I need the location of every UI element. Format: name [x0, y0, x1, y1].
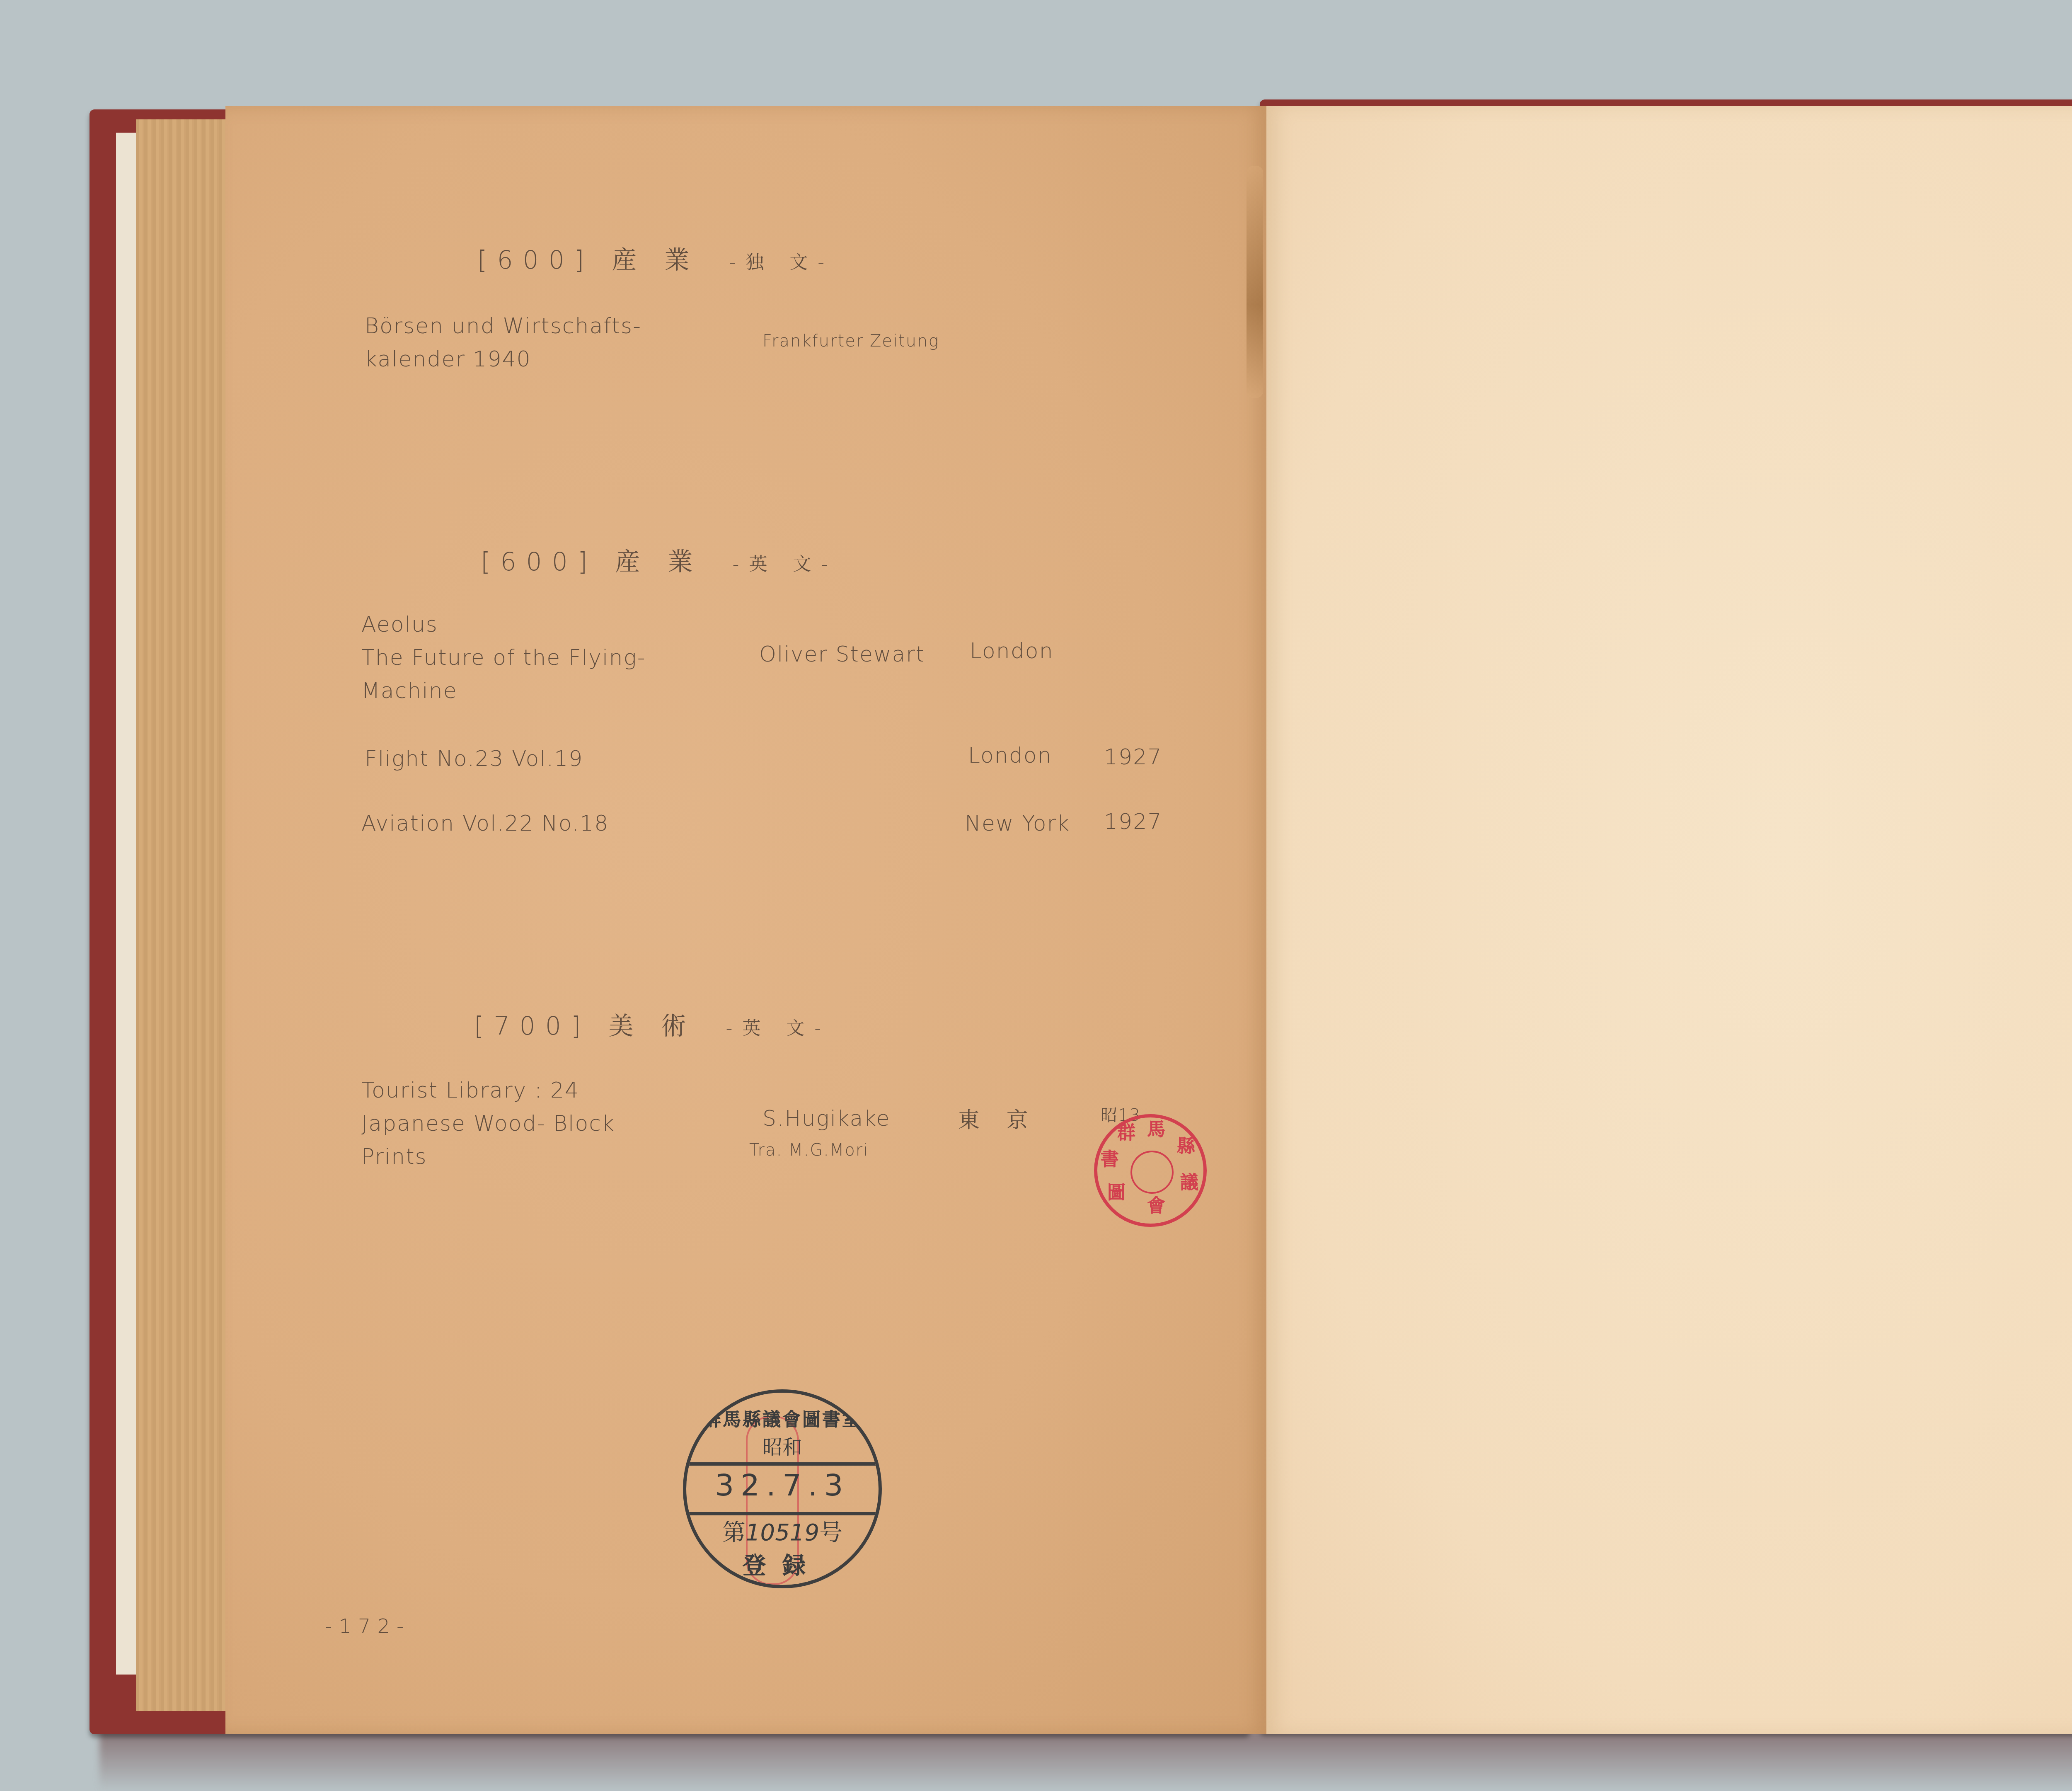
stamp-divider: [686, 1462, 879, 1465]
seal-glyph: 議: [1180, 1174, 1198, 1192]
red-library-seal: 群 馬 縣 議 會 圖 書: [1094, 1114, 1207, 1227]
stamp-institution: 群馬縣議會圖書室: [703, 1406, 862, 1432]
language-tag: -英 文-: [726, 1018, 831, 1040]
seal-center-ring: [1130, 1151, 1174, 1194]
stamp-date: 32.7.3: [686, 1469, 879, 1504]
stamp-era: 昭和: [686, 1432, 879, 1461]
language-tag: -英 文-: [733, 554, 838, 575]
entry-title: Flight No.23 Vol.19: [365, 744, 583, 778]
gutter-stain: [1247, 166, 1263, 398]
section-heading: [600] 産 業-英 文-: [481, 544, 838, 579]
catalog-entry-title: Börsen und Wirtschafts- kalender 1940: [365, 312, 641, 378]
entry-place: 東 京: [958, 1106, 1038, 1139]
page-stack-edge: [136, 119, 229, 1711]
seal-glyph: 書: [1101, 1151, 1119, 1169]
section-heading-text: [700] 美 術: [474, 1011, 696, 1041]
entry-place: New York: [965, 809, 1070, 842]
entry-year: 1927: [1104, 807, 1162, 841]
entry-author: S.Hugikake: [762, 1104, 891, 1137]
right-page-blank: [1266, 106, 2072, 1734]
language-tag: -独 文-: [729, 252, 835, 274]
reg-suffix: 号: [819, 1520, 842, 1547]
entry-title-line: Börsen und Wirtschafts-: [365, 312, 641, 345]
catalog-entry-title: Aeolus The Future of the Flying- Machine: [361, 610, 646, 710]
section-heading: [600] 産 業-独 文-: [477, 242, 834, 277]
section-heading-text: [600] 産 業: [481, 547, 703, 577]
entry-title-line: Aeolus: [361, 610, 646, 643]
section-heading: [700] 美 術-英 文-: [474, 1008, 831, 1043]
entry-title-line: The Future of the Flying-: [361, 643, 646, 676]
seal-glyph: 會: [1147, 1197, 1165, 1215]
entry-title-line: Prints: [361, 1142, 615, 1175]
entry-title-line: Japanese Wood- Block: [361, 1109, 615, 1142]
seal-glyph: 群: [1117, 1124, 1135, 1142]
entry-place: London: [968, 741, 1052, 774]
seal-glyph: 縣: [1177, 1137, 1195, 1156]
entry-title: Aviation Vol.22 No.18: [361, 809, 609, 842]
catalog-entry-title: Tourist Library : 24 Japanese Wood- Bloc…: [361, 1076, 615, 1175]
entry-title-line: kalender 1940: [365, 345, 641, 378]
book-photo: [600] 産 業-独 文- Börsen und Wirtschafts- k…: [0, 0, 2072, 1791]
entry-publisher: Frankfurter Zeitung: [762, 327, 939, 360]
entry-author: Oliver Stewart: [759, 640, 925, 673]
reg-number: 10519: [746, 1520, 819, 1547]
registration-stamp: 群馬縣議會圖書室 昭和 32.7.3 第10519号 登録: [683, 1389, 882, 1588]
entry-translator: Tra. M.G.Mori: [749, 1136, 869, 1169]
stamp-registration-number: 第10519号: [686, 1515, 879, 1549]
section-heading-text: [600] 産 業: [477, 245, 700, 275]
entry-place: London: [970, 637, 1054, 670]
stamp-label: 登録: [686, 1549, 879, 1582]
stamp-divider: [686, 1512, 879, 1515]
reg-prefix: 第: [722, 1520, 746, 1547]
entry-title-line: Tourist Library : 24: [361, 1076, 615, 1109]
seal-glyph: 馬: [1147, 1121, 1165, 1139]
entry-title-line: Machine: [361, 676, 646, 710]
entry-year: 1927: [1104, 743, 1162, 776]
seal-glyph: 圖: [1107, 1184, 1126, 1202]
page-number: -172-: [325, 1615, 410, 1638]
